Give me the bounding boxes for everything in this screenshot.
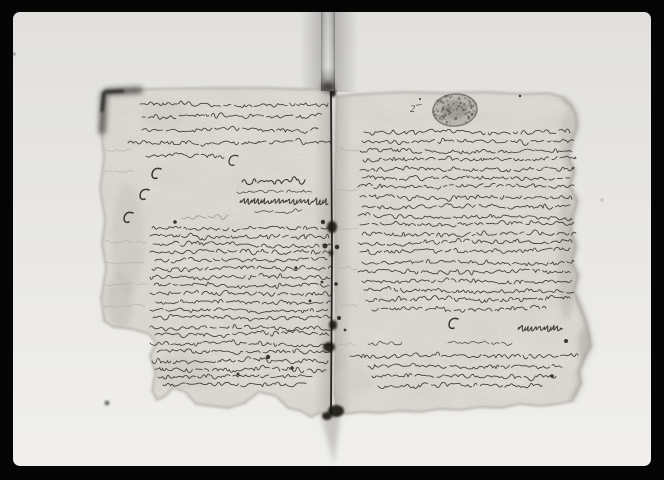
- scan-frame: 2: [0, 0, 664, 480]
- manuscript-scan: 2: [0, 0, 664, 480]
- right-page: [330, 92, 592, 416]
- bookmark-strip: [321, 12, 335, 92]
- page-number: 2: [410, 104, 415, 115]
